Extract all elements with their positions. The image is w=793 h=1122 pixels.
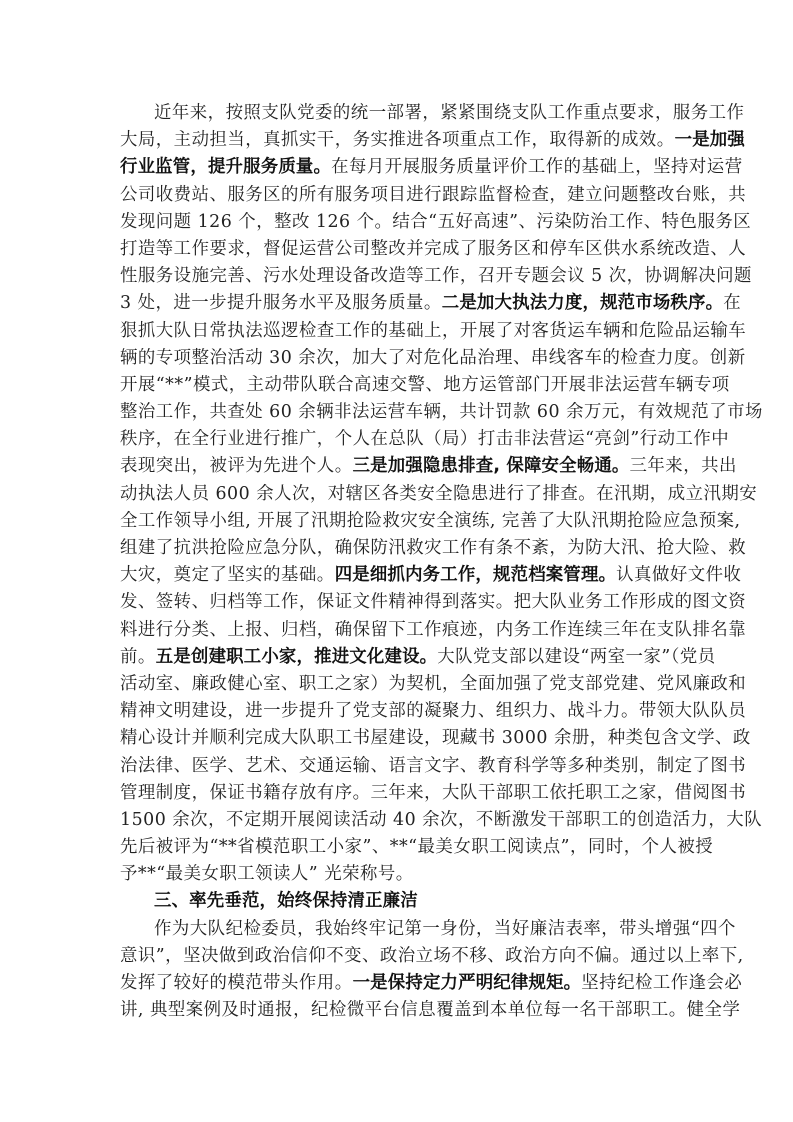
text-span: 在 xyxy=(723,293,741,313)
text-span: 坚持纪检工作逢会必 xyxy=(581,973,742,993)
text-line: 性服务设施完善、污水处理设备改造等工作，召开专题会议 5 次，协调解决问题 xyxy=(120,263,674,290)
text-span: 近年来，按照支队党委的统一部署，紧紧围绕支队工作重点要求，服务工作 xyxy=(154,103,744,123)
text-span: 打造等工作要求，督促运营公司整改并完成了服务区和停车区供水系统改造、人 xyxy=(120,239,746,259)
text-span: 讲, 典型案例及时通报，纪检微平台信息覆盖到本单位每一名干部职工。健全学 xyxy=(120,1000,740,1020)
text-span: 前。 xyxy=(120,647,156,667)
text-line: 予**“最美女职工领读人” 光荣称号。 xyxy=(120,861,674,888)
text-line: 治法律、医学、艺术、交通运输、语言文字、教育科学等多种类别，制定了图书 xyxy=(120,753,674,780)
text-span: 3 处，进一步提升服务水平及服务质量。 xyxy=(120,293,442,313)
text-line: 整治工作，共查处 60 余辆非法运营车辆，共计罚款 60 余万元，有效规范了市场 xyxy=(120,399,674,426)
text-span: 辆的专项整治活动 30 余次，加大了对危化品治理、串线客车的检查力度。创新 xyxy=(120,348,746,368)
bold-phrase: 行业监管，提升服务质量。 xyxy=(120,157,331,177)
bold-phrase: 二是加大执法力度，规范市场秩序。 xyxy=(442,293,723,313)
bold-phrase: 三、率先垂范，始终保持清正廉洁 xyxy=(154,891,418,911)
text-line: 大灾，奠定了坚实的基础。四是细抓内务工作，规范档案管理。认真做好文件收 xyxy=(120,562,674,589)
text-line: 大局，主动担当，真抓实干，务实推进各项重点工作，取得新的成效。一是加强 xyxy=(120,127,674,154)
text-line: 开展“**”模式，主动带队联合高速交警、地方运管部门开展非法运营车辆专项 xyxy=(120,372,674,399)
text-line: 狠抓大队日常执法巡逻检查工作的基础上，开展了对客货运车辆和危险品运输车 xyxy=(120,318,674,345)
bold-phrase: 四是细抓内务工作，规范档案管理。 xyxy=(335,565,616,585)
text-line: 前。五是创建职工小家，推进文化建设。大队党支部以建设“两室一家”（党员 xyxy=(120,644,674,671)
bold-phrase: 三是加强隐患排查, 保障安全畅通。 xyxy=(353,456,630,476)
text-span: 发挥了较好的模范带头作用。 xyxy=(120,973,353,993)
bold-phrase: 一是保持定力严明纪律规矩。 xyxy=(353,973,582,993)
text-line: 活动室、廉政健心室、职工之家）为契机，全面加强了党支部党建、党风廉政和 xyxy=(120,671,674,698)
text-span: 治法律、医学、艺术、交通运输、语言文字、教育科学等多种类别，制定了图书 xyxy=(120,756,746,776)
text-span: 1500 余次，不定期开展阅读活动 40 余次，不断激发干部职工的创造活力，大队 xyxy=(120,810,762,830)
text-line: 精心设计并顺利完成大队职工书屋建设，现藏书 3000 余册，种类包含文学、政 xyxy=(120,725,674,752)
text-span: 大灾，奠定了坚实的基础。 xyxy=(120,565,335,585)
text-span: 先后被评为“**省模范职工小家”、**“最美女职工阅读点”，同时，个人被授 xyxy=(120,837,713,857)
text-span: 表现突出，被评为先进个人。 xyxy=(120,456,353,476)
bold-phrase: 一是加强 xyxy=(675,130,745,150)
text-line: 组建了抗洪抢险应急分队，确保防汛救灾工作有条不紊，为防大汛、抢大险、救 xyxy=(120,535,674,562)
text-line: 3 处，进一步提升服务水平及服务质量。二是加大执法力度，规范市场秩序。在 xyxy=(120,290,674,317)
text-line: 行业监管，提升服务质量。在每月开展服务质量评价工作的基础上，坚持对运营 xyxy=(120,154,674,181)
text-line: 近年来，按照支队党委的统一部署，紧紧围绕支队工作重点要求，服务工作 xyxy=(120,100,674,127)
text-span: 公司收费站、服务区的所有服务项目进行跟踪监督检查，建立问题整改台账，共 xyxy=(120,185,746,205)
text-line: 全工作领导小组, 开展了汛期抢险救灾安全演练, 完善了大队汛期抢险应急预案, xyxy=(120,508,674,535)
text-span: 精神文明建设，进一步提升了党支部的凝聚力、组织力、战斗力。带领大队队员 xyxy=(120,701,746,721)
text-line: 发现问题 126 个，整改 126 个。结合“五好高速”、污染防治工作、特色服务… xyxy=(120,209,674,236)
document-page: 近年来，按照支队党委的统一部署，紧紧围绕支队工作重点要求，服务工作大局，主动担当… xyxy=(120,100,674,1024)
text-span: 开展“**”模式，主动带队联合高速交警、地方运管部门开展非法运营车辆专项 xyxy=(120,375,730,395)
text-span: 大局，主动担当，真抓实干，务实推进各项重点工作，取得新的成效。 xyxy=(120,130,675,150)
text-line: 秩序，在全行业进行推广，个人在总队（局）打击非法营运“亮剑”行动工作中 xyxy=(120,426,674,453)
text-line: 公司收费站、服务区的所有服务项目进行跟踪监督检查，建立问题整改台账，共 xyxy=(120,182,674,209)
text-span: 动执法人员 600 余人次，对辖区各类安全隐患进行了排查。在汛期，成立汛期安 xyxy=(120,484,757,504)
text-span: 秩序，在全行业进行推广，个人在总队（局）打击非法营运“亮剑”行动工作中 xyxy=(120,429,729,449)
text-span: 组建了抗洪抢险应急分队，确保防汛救灾工作有条不紊，为防大汛、抢大险、救 xyxy=(120,538,746,558)
text-span: 狠抓大队日常执法巡逻检查工作的基础上，开展了对客货运车辆和危险品运输车 xyxy=(120,321,746,341)
text-line: 讲, 典型案例及时通报，纪检微平台信息覆盖到本单位每一名干部职工。健全学 xyxy=(120,997,674,1024)
text-line: 精神文明建设，进一步提升了党支部的凝聚力、组织力、战斗力。带领大队队员 xyxy=(120,698,674,725)
text-span: 料进行分类、上报、归档，确保留下工作痕迹，内务工作连续三年在支队排名靠 xyxy=(120,620,746,640)
text-line: 管理制度，保证书籍存放有序。三年来，大队干部职工依托职工之家，借阅图书 xyxy=(120,780,674,807)
text-span: 活动室、廉政健心室、职工之家）为契机，全面加强了党支部党建、党风廉政和 xyxy=(120,674,746,694)
text-span: 在每月开展服务质量评价工作的基础上，坚持对运营 xyxy=(331,157,743,177)
text-line: 作为大队纪检委员，我始终牢记第一身份，当好廉洁表率，带头增强“四个 xyxy=(120,916,674,943)
text-span: 发、签转、归档等工作，保证文件精神得到落实。把大队业务工作形成的图文资 xyxy=(120,592,746,612)
bold-phrase: 五是创建职工小家，推进文化建设。 xyxy=(156,647,437,667)
text-span: 整治工作，共查处 60 余辆非法运营车辆，共计罚款 60 余万元，有效规范了市场 xyxy=(120,402,763,422)
text-span: 认真做好文件收 xyxy=(616,565,741,585)
text-span: 大队党支部以建设“两室一家”（党员 xyxy=(437,647,715,667)
text-line: 意识”，坚决做到政治信仰不变、政治立场不移、政治方向不偏。通过以上率下, xyxy=(120,943,674,970)
text-line: 动执法人员 600 余人次，对辖区各类安全隐患进行了排查。在汛期，成立汛期安 xyxy=(120,481,674,508)
text-span: 发现问题 126 个，整改 126 个。结合“五好高速”、污染防治工作、特色服务… xyxy=(120,212,751,232)
text-line: 发、签转、归档等工作，保证文件精神得到落实。把大队业务工作形成的图文资 xyxy=(120,589,674,616)
text-line: 表现突出，被评为先进个人。三是加强隐患排查, 保障安全畅通。三年来，共出 xyxy=(120,453,674,480)
text-line: 发挥了较好的模范带头作用。一是保持定力严明纪律规矩。坚持纪检工作逢会必 xyxy=(120,970,674,997)
text-span: 管理制度，保证书籍存放有序。三年来，大队干部职工依托职工之家，借阅图书 xyxy=(120,783,746,803)
text-line: 打造等工作要求，督促运营公司整改并完成了服务区和停车区供水系统改造、人 xyxy=(120,236,674,263)
text-span: 三年来，共出 xyxy=(630,456,737,476)
text-span: 意识”，坚决做到政治信仰不变、政治立场不移、政治方向不偏。通过以上率下, xyxy=(120,946,744,966)
text-span: 精心设计并顺利完成大队职工书屋建设，现藏书 3000 余册，种类包含文学、政 xyxy=(120,728,751,748)
text-line: 1500 余次，不定期开展阅读活动 40 余次，不断激发干部职工的创造活力，大队 xyxy=(120,807,674,834)
text-span: 全工作领导小组, 开展了汛期抢险救灾安全演练, 完善了大队汛期抢险应急预案, xyxy=(120,511,741,531)
text-line: 料进行分类、上报、归档，确保留下工作痕迹，内务工作连续三年在支队排名靠 xyxy=(120,617,674,644)
text-span: 作为大队纪检委员，我始终牢记第一身份，当好廉洁表率，带头增强“四个 xyxy=(154,919,736,939)
section-heading: 三、率先垂范，始终保持清正廉洁 xyxy=(120,888,674,915)
text-span: 性服务设施完善、污水处理设备改造等工作，召开专题会议 5 次，协调解决问题 xyxy=(120,266,752,286)
text-line: 辆的专项整治活动 30 余次，加大了对危化品治理、串线客车的检查力度。创新 xyxy=(120,345,674,372)
text-line: 先后被评为“**省模范职工小家”、**“最美女职工阅读点”，同时，个人被授 xyxy=(120,834,674,861)
text-span: 予**“最美女职工领读人” 光荣称号。 xyxy=(120,864,414,884)
